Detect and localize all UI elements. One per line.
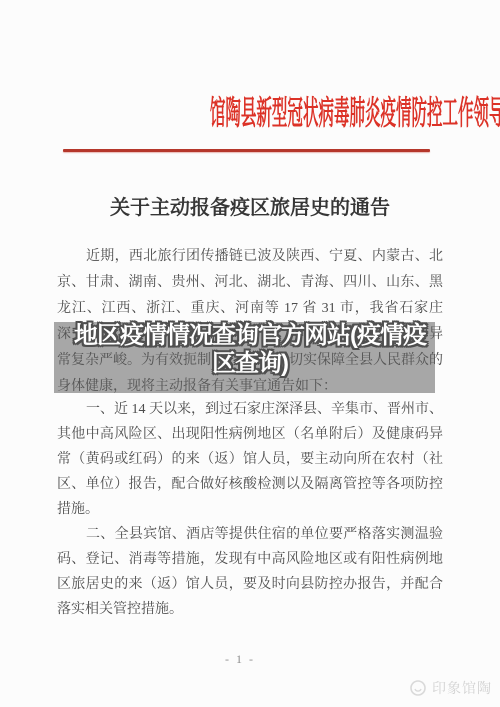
body-line: 常（黄码或红码）的来（返）馆人员，要主动向所在农村（社 (57, 447, 443, 472)
doc-title: 关于主动报备疫区旅居史的通告 (0, 191, 500, 220)
org-header-text: 馆陶县新型冠状病毒肺炎疫情防控工作领导小组办公室 (210, 87, 500, 134)
body-line: 码、登记、消毒等措施，发现有中高风险地区或有阳性病例地 (57, 547, 443, 572)
red-divider-line (63, 149, 430, 152)
body-line: 近期，西北旅行团传播链已波及陕西、宁夏、内蒙古、北 (57, 244, 443, 270)
watermark: 印象馆陶 (410, 678, 492, 698)
body-line: 落实相关管控措施。 (57, 597, 443, 622)
body-line: 二、全县宾馆、酒店等提供住宿的单位要严格落实测温验 (57, 522, 443, 547)
overlay-caption: 地区疫情情况查询官方网站(疫情疫 区查询) (40, 322, 460, 378)
paragraph-item-1: 一、近 14 天以来，到过石家庄深泽县、辛集市、晋州市、 其他中高风险区、出现阳… (57, 397, 443, 522)
body-line: 区旅居史的来（返）馆人员，要及时向县防控办报告，并配合 (57, 572, 443, 597)
body-line: 京、甘肃、湖南、贵州、河北、湖北、青海、四川、山东、黑 (57, 270, 443, 296)
org-header: 馆陶县新型冠状病毒肺炎疫情防控工作领导小组办公室 (0, 87, 500, 134)
watermark-logo-icon (410, 680, 426, 696)
page-number: - 1 - (0, 652, 480, 667)
paragraph-item-2: 二、全县宾馆、酒店等提供住宿的单位要严格落实测温验 码、登记、消毒等措施，发现有… (57, 522, 443, 622)
body-line: 一、近 14 天以来，到过石家庄深泽县、辛集市、晋州市、 (57, 397, 443, 422)
body-line: 区、单位）报告，配合做好核酸检测以及隔离管控等各项防控 (57, 472, 443, 497)
body-line: 其他中高风险区、出现阳性病例地区（名单附后）及健康码异 (57, 422, 443, 447)
overlay-caption-line: 区查询) (40, 350, 460, 378)
body-line: 龙江、江西、浙江、重庆、河南等 17 省 31 市，我省石家庄 (57, 296, 443, 322)
watermark-text: 印象馆陶 (432, 678, 492, 698)
body-line: 措施。 (57, 497, 443, 522)
overlay-caption-line: 地区疫情情况查询官方网站(疫情疫 (40, 322, 460, 350)
